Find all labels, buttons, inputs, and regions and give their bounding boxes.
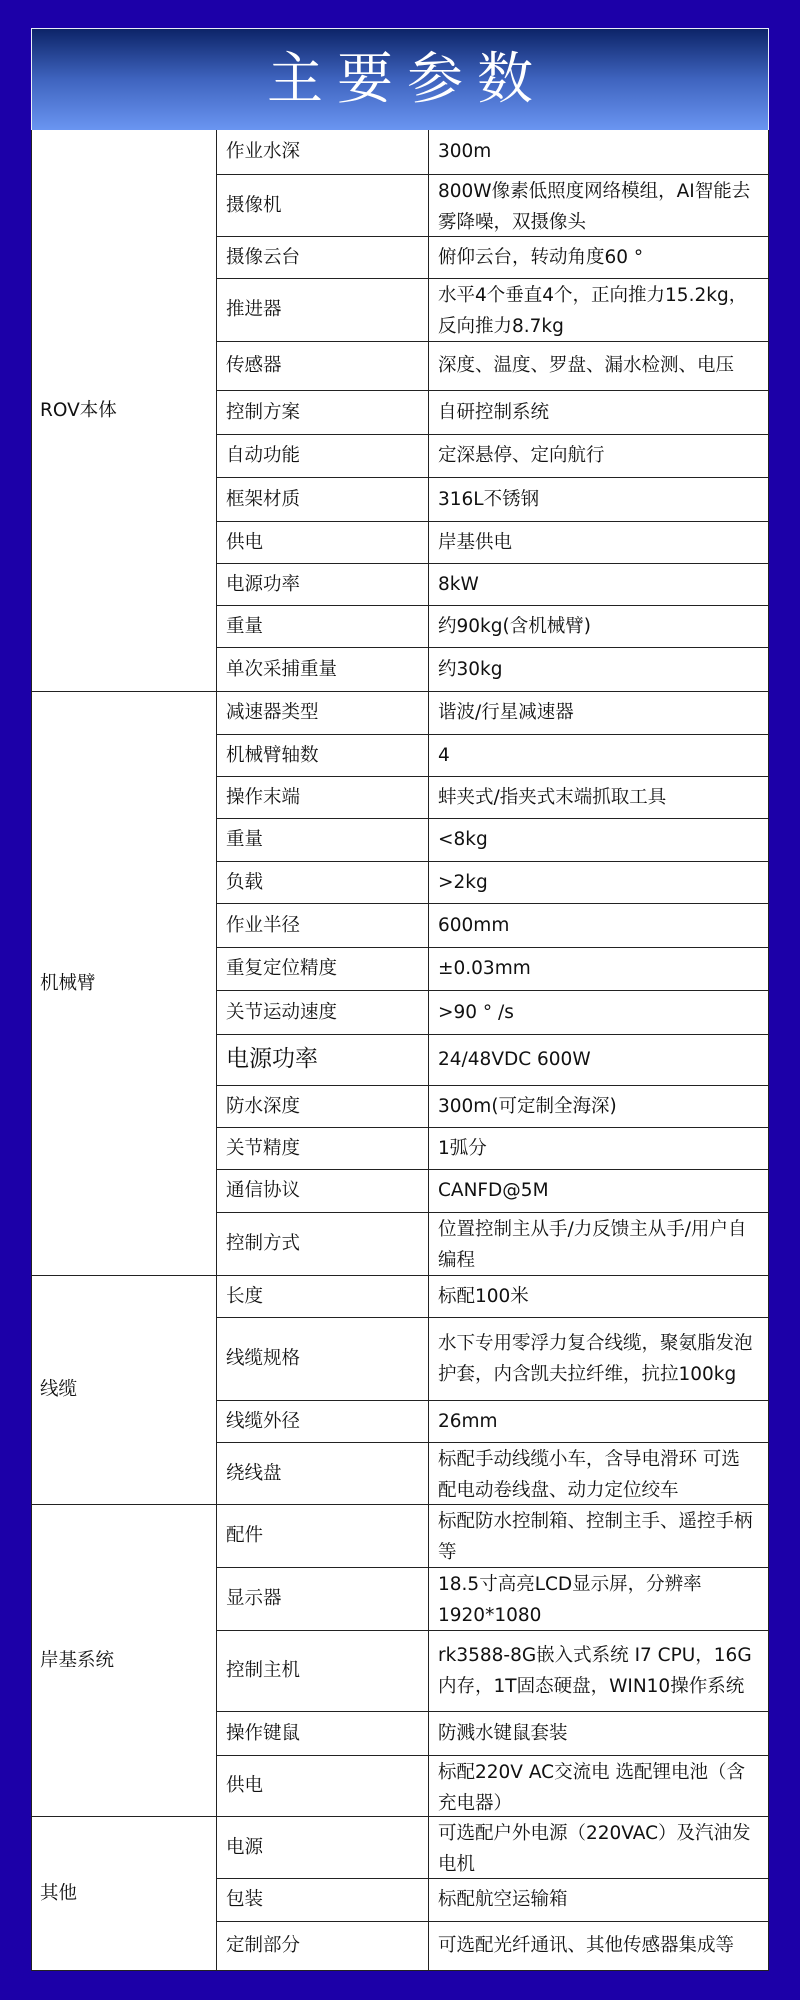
param-value: 600mm [429, 903, 769, 947]
spec-panel: 主要参数 ROV本体作业水深300m摄像机800W像素低照度网络模组，AI智能去… [31, 28, 769, 1971]
param-value-text: 水平4个垂直4个，正向推力15.2kg，反向推力8.7kg [438, 280, 758, 339]
param-name: 操作末端 [217, 776, 429, 818]
param-value-text: 800W像素低照度网络模组，AI智能去雾降噪，双摄像头 [438, 176, 758, 234]
group-label: 岸基系统 [32, 1504, 217, 1816]
param-value: 26mm [429, 1400, 769, 1442]
param-name: 显示器 [217, 1567, 429, 1630]
param-value: >2kg [429, 861, 769, 903]
group-label: 线缆 [32, 1275, 217, 1504]
title-banner: 主要参数 [31, 28, 769, 130]
param-value-text: 防溅水键鼠套装 [438, 1718, 758, 1749]
group-label: ROV本体 [32, 130, 217, 691]
param-name: 通信协议 [217, 1169, 429, 1212]
param-value-text: 316L不锈钢 [438, 484, 758, 515]
param-value: 水下专用零浮力复合线缆，聚氨脂发泡护套，内含凯夫拉纤维，抗拉100kg [429, 1317, 769, 1400]
param-name: 定制部分 [217, 1921, 429, 1970]
param-value: ±0.03mm [429, 947, 769, 990]
param-name: 作业半径 [217, 903, 429, 947]
param-value: 18.5寸高亮LCD显示屏，分辨率1920*1080 [429, 1567, 769, 1630]
table-row: 机械臂减速器类型谐波/行星减速器 [32, 691, 769, 734]
param-name: 自动功能 [217, 434, 429, 477]
param-name: 控制方案 [217, 390, 429, 434]
param-value: 蚌夹式/指夹式末端抓取工具 [429, 776, 769, 818]
param-value: 标配100米 [429, 1275, 769, 1317]
param-value: 约90kg(含机械臂) [429, 605, 769, 647]
param-value-text: 可选配户外电源（220VAC）及汽油发电机 [438, 1818, 758, 1876]
param-value: CANFD@5M [429, 1169, 769, 1212]
param-name: 包装 [217, 1878, 429, 1921]
param-value-text: 300m(可定制全海深) [438, 1091, 758, 1122]
table-row: 岸基系统配件标配防水控制箱、控制主手、遥控手柄等 [32, 1504, 769, 1567]
param-value-text: 谐波/行星减速器 [438, 697, 758, 728]
param-value-text: rk3588-8G嵌入式系统 I7 CPU，16G内存，1T固态硬盘，WIN10… [438, 1640, 758, 1702]
param-value: <8kg [429, 818, 769, 861]
param-name: 关节精度 [217, 1127, 429, 1169]
param-value: 800W像素低照度网络模组，AI智能去雾降噪，双摄像头 [429, 174, 769, 236]
param-value: 约30kg [429, 647, 769, 691]
param-value: 谐波/行星减速器 [429, 691, 769, 734]
param-value-text: 标配航空运输箱 [438, 1884, 758, 1915]
param-name: 控制主机 [217, 1630, 429, 1711]
param-name: 负载 [217, 861, 429, 903]
param-name: 关节运动速度 [217, 990, 429, 1034]
param-value: 标配航空运输箱 [429, 1878, 769, 1921]
param-value-text: 1弧分 [438, 1133, 758, 1164]
table-row: ROV本体作业水深300m [32, 130, 769, 174]
param-value: 316L不锈钢 [429, 477, 769, 521]
param-name: 重量 [217, 818, 429, 861]
param-value: 300m(可定制全海深) [429, 1085, 769, 1127]
param-name: 机械臂轴数 [217, 734, 429, 776]
param-value-text: 约90kg(含机械臂) [438, 611, 758, 642]
param-value-text: >90 ° /s [438, 997, 758, 1028]
param-value: 300m [429, 130, 769, 174]
param-value-text: >2kg [438, 867, 758, 898]
param-name: 传感器 [217, 341, 429, 390]
param-value-text: 18.5寸高亮LCD显示屏，分辨率1920*1080 [438, 1569, 758, 1628]
param-value-text: <8kg [438, 824, 758, 855]
param-name: 单次采捕重量 [217, 647, 429, 691]
param-value-text: 定深悬停、定向航行 [438, 440, 758, 471]
param-value: 8kW [429, 563, 769, 605]
param-value-text: 岸基供电 [438, 527, 758, 558]
param-value: 位置控制主从手/力反馈主从手/用户自编程 [429, 1212, 769, 1275]
param-name: 推进器 [217, 278, 429, 341]
param-value-text: ±0.03mm [438, 953, 758, 984]
param-name: 电源 [217, 1816, 429, 1878]
param-value-text: 8kW [438, 569, 758, 600]
param-value-text: 深度、温度、罗盘、漏水检测、电压 [438, 350, 758, 381]
param-name: 供电 [217, 1755, 429, 1816]
param-name: 供电 [217, 521, 429, 563]
param-value: 自研控制系统 [429, 390, 769, 434]
param-name: 长度 [217, 1275, 429, 1317]
param-value-text: 4 [438, 740, 758, 771]
param-value: 水平4个垂直4个，正向推力15.2kg，反向推力8.7kg [429, 278, 769, 341]
param-value: 标配220V AC交流电 选配锂电池（含充电器） [429, 1755, 769, 1816]
page-title: 主要参数 [253, 52, 547, 108]
param-value-text: 可选配光纤通讯、其他传感器集成等 [438, 1930, 758, 1961]
param-value-text: 600mm [438, 910, 758, 941]
param-value-text: CANFD@5M [438, 1175, 758, 1206]
param-name: 配件 [217, 1504, 429, 1567]
param-name: 重复定位精度 [217, 947, 429, 990]
param-value-text: 俯仰云台，转动角度60 ° [438, 242, 758, 273]
param-value-text: 水下专用零浮力复合线缆，聚氨脂发泡护套，内含凯夫拉纤维，抗拉100kg [438, 1328, 758, 1390]
param-name: 摄像云台 [217, 236, 429, 278]
param-name: 电源功率 [217, 563, 429, 605]
param-name: 线缆规格 [217, 1317, 429, 1400]
spec-table: ROV本体作业水深300m摄像机800W像素低照度网络模组，AI智能去雾降噪，双… [31, 130, 769, 1971]
param-value: 岸基供电 [429, 521, 769, 563]
param-value-text: 标配100米 [438, 1281, 758, 1312]
table-row: 其他电源可选配户外电源（220VAC）及汽油发电机 [32, 1816, 769, 1878]
param-value: rk3588-8G嵌入式系统 I7 CPU，16G内存，1T固态硬盘，WIN10… [429, 1630, 769, 1711]
param-name: 操作键鼠 [217, 1711, 429, 1755]
param-value-text: 标配手动线缆小车，含导电滑环 可选配电动卷线盘、动力定位绞车 [438, 1444, 758, 1502]
param-value: 防溅水键鼠套装 [429, 1711, 769, 1755]
param-value: 俯仰云台，转动角度60 ° [429, 236, 769, 278]
param-name: 防水深度 [217, 1085, 429, 1127]
param-value: >90 ° /s [429, 990, 769, 1034]
param-name: 控制方式 [217, 1212, 429, 1275]
param-value-text: 标配220V AC交流电 选配锂电池（含充电器） [438, 1757, 758, 1814]
param-name: 摄像机 [217, 174, 429, 236]
param-value: 24/48VDC 600W [429, 1034, 769, 1085]
param-value-text: 位置控制主从手/力反馈主从手/用户自编程 [438, 1214, 758, 1273]
param-name: 作业水深 [217, 130, 429, 174]
param-value: 标配防水控制箱、控制主手、遥控手柄等 [429, 1504, 769, 1567]
param-value-text: 26mm [438, 1406, 758, 1437]
table-row: 线缆长度标配100米 [32, 1275, 769, 1317]
param-name: 绕线盘 [217, 1442, 429, 1504]
param-value-text: 标配防水控制箱、控制主手、遥控手柄等 [438, 1506, 758, 1565]
param-name: 线缆外径 [217, 1400, 429, 1442]
param-name: 重量 [217, 605, 429, 647]
param-value: 4 [429, 734, 769, 776]
param-value: 深度、温度、罗盘、漏水检测、电压 [429, 341, 769, 390]
param-value: 标配手动线缆小车，含导电滑环 可选配电动卷线盘、动力定位绞车 [429, 1442, 769, 1504]
param-value-text: 自研控制系统 [438, 397, 758, 428]
group-label: 机械臂 [32, 691, 217, 1275]
param-value-text: 24/48VDC 600W [438, 1044, 758, 1075]
param-value: 1弧分 [429, 1127, 769, 1169]
param-value: 定深悬停、定向航行 [429, 434, 769, 477]
param-value-text: 300m [438, 136, 758, 167]
group-label: 其他 [32, 1816, 217, 1970]
param-value-text: 约30kg [438, 654, 758, 685]
param-name: 减速器类型 [217, 691, 429, 734]
param-name: 框架材质 [217, 477, 429, 521]
param-value: 可选配光纤通讯、其他传感器集成等 [429, 1921, 769, 1970]
param-name: 电源功率 [217, 1034, 429, 1085]
param-value-text: 蚌夹式/指夹式末端抓取工具 [438, 782, 758, 813]
param-value: 可选配户外电源（220VAC）及汽油发电机 [429, 1816, 769, 1878]
